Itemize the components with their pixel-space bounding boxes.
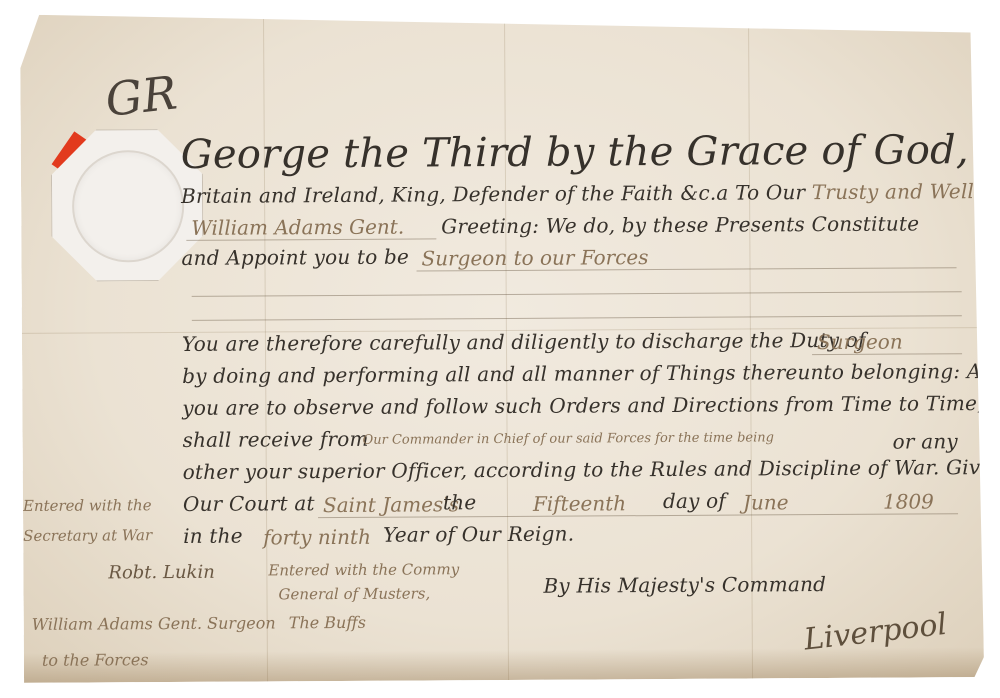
blank-rule — [192, 315, 962, 321]
engraved-text: George the Third by the Grace of God, of… — [181, 123, 1000, 178]
appoint-text: and Appoint you to be — [181, 245, 409, 270]
duty-line-5: other your superior Officer, according t… — [183, 455, 1000, 484]
muster-note-line-1: Entered with the Commy — [268, 560, 459, 579]
preamble-line-1: George the Third by the Grace of God, of… — [181, 123, 1000, 178]
endorsement-line-1: William Adams Gent. Surgeon The Buffs — [32, 613, 366, 634]
fill-rule — [812, 353, 962, 355]
the-text: the — [443, 490, 477, 514]
clerk-signature: Robt. Lukin — [108, 562, 215, 584]
muster-note-line-2: General of Musters, — [278, 584, 430, 603]
greeting-text: Greeting: We do, by these Presents Const… — [441, 211, 919, 238]
margin-note-line-1: Entered with the — [23, 496, 152, 515]
month-fill: June — [743, 490, 789, 514]
regiment-text: The Buffs — [289, 613, 366, 632]
fill-rule — [186, 238, 436, 241]
duty-line-4-a: shall receive from — [182, 427, 368, 452]
duty-line-1: You are therefore carefully and diligent… — [182, 328, 866, 356]
endorsement-text: William Adams Gent. Surgeon — [32, 613, 276, 633]
duty-fill: Surgeon — [817, 330, 903, 355]
reign-year-fill: forty ninth — [263, 525, 371, 550]
blank-rule — [192, 291, 962, 297]
reign-text-b: Year of Our Reign. — [383, 522, 574, 547]
commission-document: GR George the Third by the Grace of God,… — [20, 9, 984, 683]
endorsement-line-2: to the Forces — [42, 650, 149, 670]
year-fill: 1809 — [883, 489, 934, 513]
manuscript-fill: Trusty and Wellbeloved — [812, 179, 1000, 204]
duty-line-3: you are to observe and follow such Order… — [182, 391, 1000, 420]
preamble-line-2: Britain and Ireland, King, Defender of t… — [181, 179, 1000, 208]
royal-monogram-signature: GR — [103, 65, 180, 127]
margin-note-line-2: Secretary at War — [23, 526, 152, 545]
place-fill: Saint James's — [323, 492, 459, 517]
duty-line-2: by doing and performing all and all mann… — [182, 359, 1000, 388]
seal-emboss — [72, 150, 185, 263]
reign-text-a: in the — [183, 524, 243, 548]
court-text: Our Court at — [183, 491, 315, 516]
command-text: By His Majesty's Command — [543, 572, 826, 598]
day-fill: Fifteenth — [533, 491, 626, 516]
commander-fill: Our Commander in Chief of our said Force… — [363, 430, 774, 448]
recipient-name: William Adams Gent. — [191, 215, 404, 240]
or-any-text: or any — [893, 429, 958, 453]
engraved-text: Britain and Ireland, King, Defender of t… — [181, 180, 805, 208]
appointment-fill: Surgeon to our Forces — [421, 245, 648, 270]
engraved-text: other your superior Officer, according t… — [183, 455, 1000, 484]
day-of-text: day of — [663, 489, 726, 513]
